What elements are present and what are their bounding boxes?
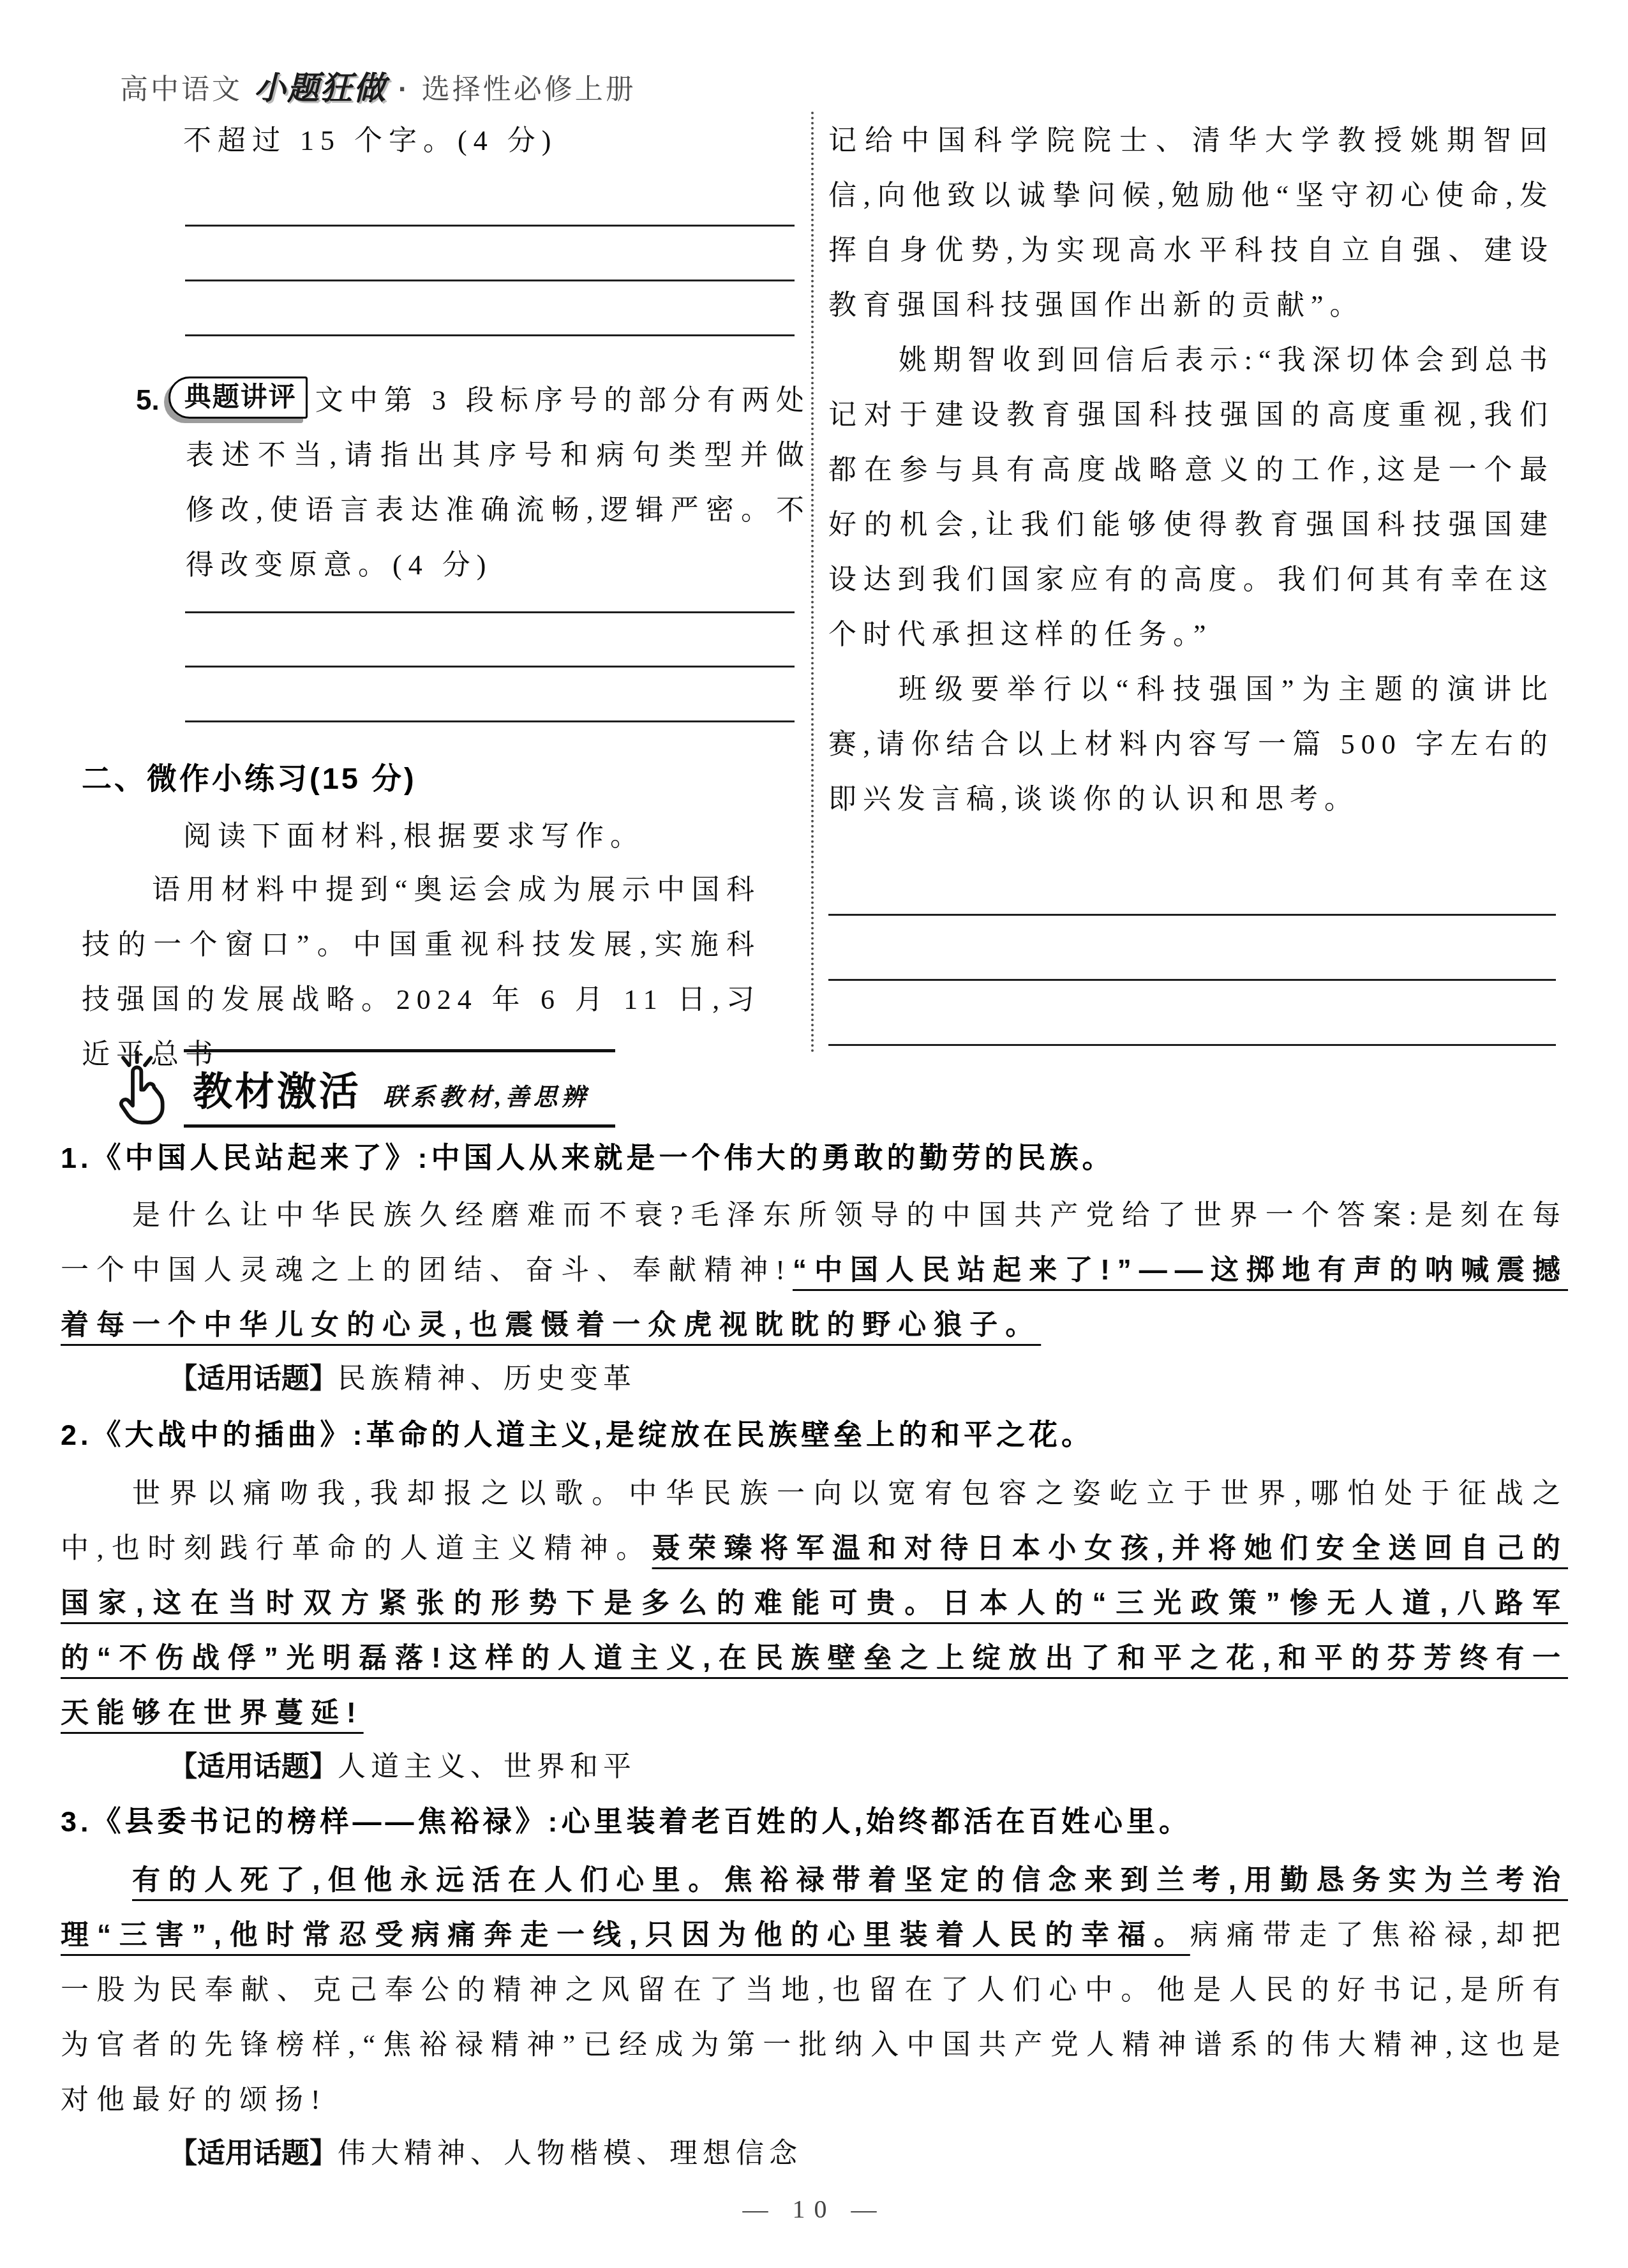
question-number: 5.: [136, 385, 160, 416]
item-title-text: 《大战中的插曲》:革命的人道主义,是绽放在民族壁垒上的和平之花。: [93, 1419, 1094, 1451]
section-subtitle: 联系教材,善思辨: [383, 1077, 590, 1112]
header-volume: 选择性必修上册: [422, 66, 636, 107]
section-heading: 二、微作小练习(15 分): [82, 755, 417, 798]
item3-title: 3.《县委书记的榜样——焦裕禄》:心里装着老百姓的人,始终都活在百姓心里。: [61, 1798, 1568, 1840]
item3-topics: 【适用话题】伟大精神、人物楷模、理想信念: [169, 2130, 802, 2171]
material-paragraph-3: 班级要举行以“科技强国”为主题的演讲比赛,请你结合以上材料内容写一篇 500 字…: [828, 662, 1554, 827]
topics-label: 【适用话题】: [169, 1751, 338, 1782]
textbook-activation-header: 教材激活 联系教材,善思辨: [114, 1047, 615, 1130]
column-divider: [811, 112, 814, 1053]
answer-line: [185, 334, 795, 336]
answer-line: [185, 720, 795, 722]
answer-line: [185, 611, 795, 613]
topics-label: 【适用话题】: [169, 2138, 338, 2169]
answer-line: [828, 914, 1556, 916]
textbook-activation-bar: 教材激活 联系教材,善思辨: [184, 1049, 615, 1128]
topics-label: 【适用话题】: [169, 1363, 338, 1394]
click-hand-icon: [114, 1047, 177, 1130]
material-paragraph-2: 姚期智收到回信后表示:“我深切体会到总书记对于建设教育强国科技强国的高度重视,我…: [828, 333, 1554, 662]
brand-logo: 小题狂做: [254, 63, 387, 108]
item2-title: 2.《大战中的插曲》:革命的人道主义,是绽放在民族壁垒上的和平之花。: [61, 1412, 1568, 1453]
topics-text: 人道主义、世界和平: [338, 1751, 636, 1782]
item-title-text: 《县委书记的榜样——焦裕禄》:心里装着老百姓的人,始终都活在百姓心里。: [93, 1805, 1192, 1838]
question-5: 5.典题讲评文中第 3 段标序号的部分有两处表述不当,请指出其序号和病句类型并做…: [136, 373, 810, 593]
item2-body: 世界以痛吻我,我却报之以歌。中华民族一向以宽宥包容之姿屹立于世界,哪怕处于征战之…: [61, 1466, 1568, 1741]
answer-line: [828, 979, 1556, 981]
item-title-text: 《中国人民站起来了》:中国人从来就是一个伟大的勇敢的勤劳的民族。: [93, 1142, 1115, 1174]
writing-task-intro: 阅读下面材料,根据要求写作。: [183, 809, 761, 864]
item3-body: 有的人死了,但他永远活在人们心里。焦裕禄带着坚定的信念来到兰考,用勤恳务实为兰考…: [61, 1853, 1568, 2128]
item2-topics: 【适用话题】人道主义、世界和平: [169, 1743, 636, 1784]
answer-line: [828, 1044, 1556, 1046]
page-header: 高中语文 小题狂做 · 选择性必修上册: [120, 63, 636, 108]
answer-line: [185, 225, 795, 227]
item-number: 2.: [61, 1419, 93, 1451]
item-number: 3.: [61, 1805, 93, 1838]
answer-line: [185, 666, 795, 668]
workbook-page: 高中语文 小题狂做 · 选择性必修上册 不超过 15 个字。(4 分) 5.典题…: [0, 0, 1628, 2268]
item1-body: 是什么让中华民族久经磨难而不衰?毛泽东所领导的中国共产党给了世界一个答案:是刻在…: [61, 1188, 1568, 1353]
item-number: 1.: [61, 1142, 93, 1174]
header-series: 高中语文: [120, 66, 243, 107]
topics-text: 民族精神、历史变革: [338, 1363, 636, 1394]
header-separator: ·: [398, 74, 410, 106]
item1-topics: 【适用话题】民族精神、历史变革: [169, 1355, 636, 1396]
item1-title: 1.《中国人民站起来了》:中国人从来就是一个伟大的勇敢的勤劳的民族。: [61, 1135, 1568, 1176]
answer-line: [185, 280, 795, 281]
question4-tail: 不超过 15 个字。(4 分): [183, 114, 761, 168]
material-paragraph-1: 记给中国科学院院士、清华大学教授姚期智回信,向他致以诚挚问候,勉励他“坚守初心使…: [828, 114, 1554, 333]
section-title: 教材激活: [193, 1060, 361, 1117]
topics-text: 伟大精神、人物楷模、理想信念: [338, 2138, 802, 2169]
page-number: — 10 —: [0, 2194, 1628, 2224]
classic-question-tag: 典题讲评: [168, 377, 308, 419]
